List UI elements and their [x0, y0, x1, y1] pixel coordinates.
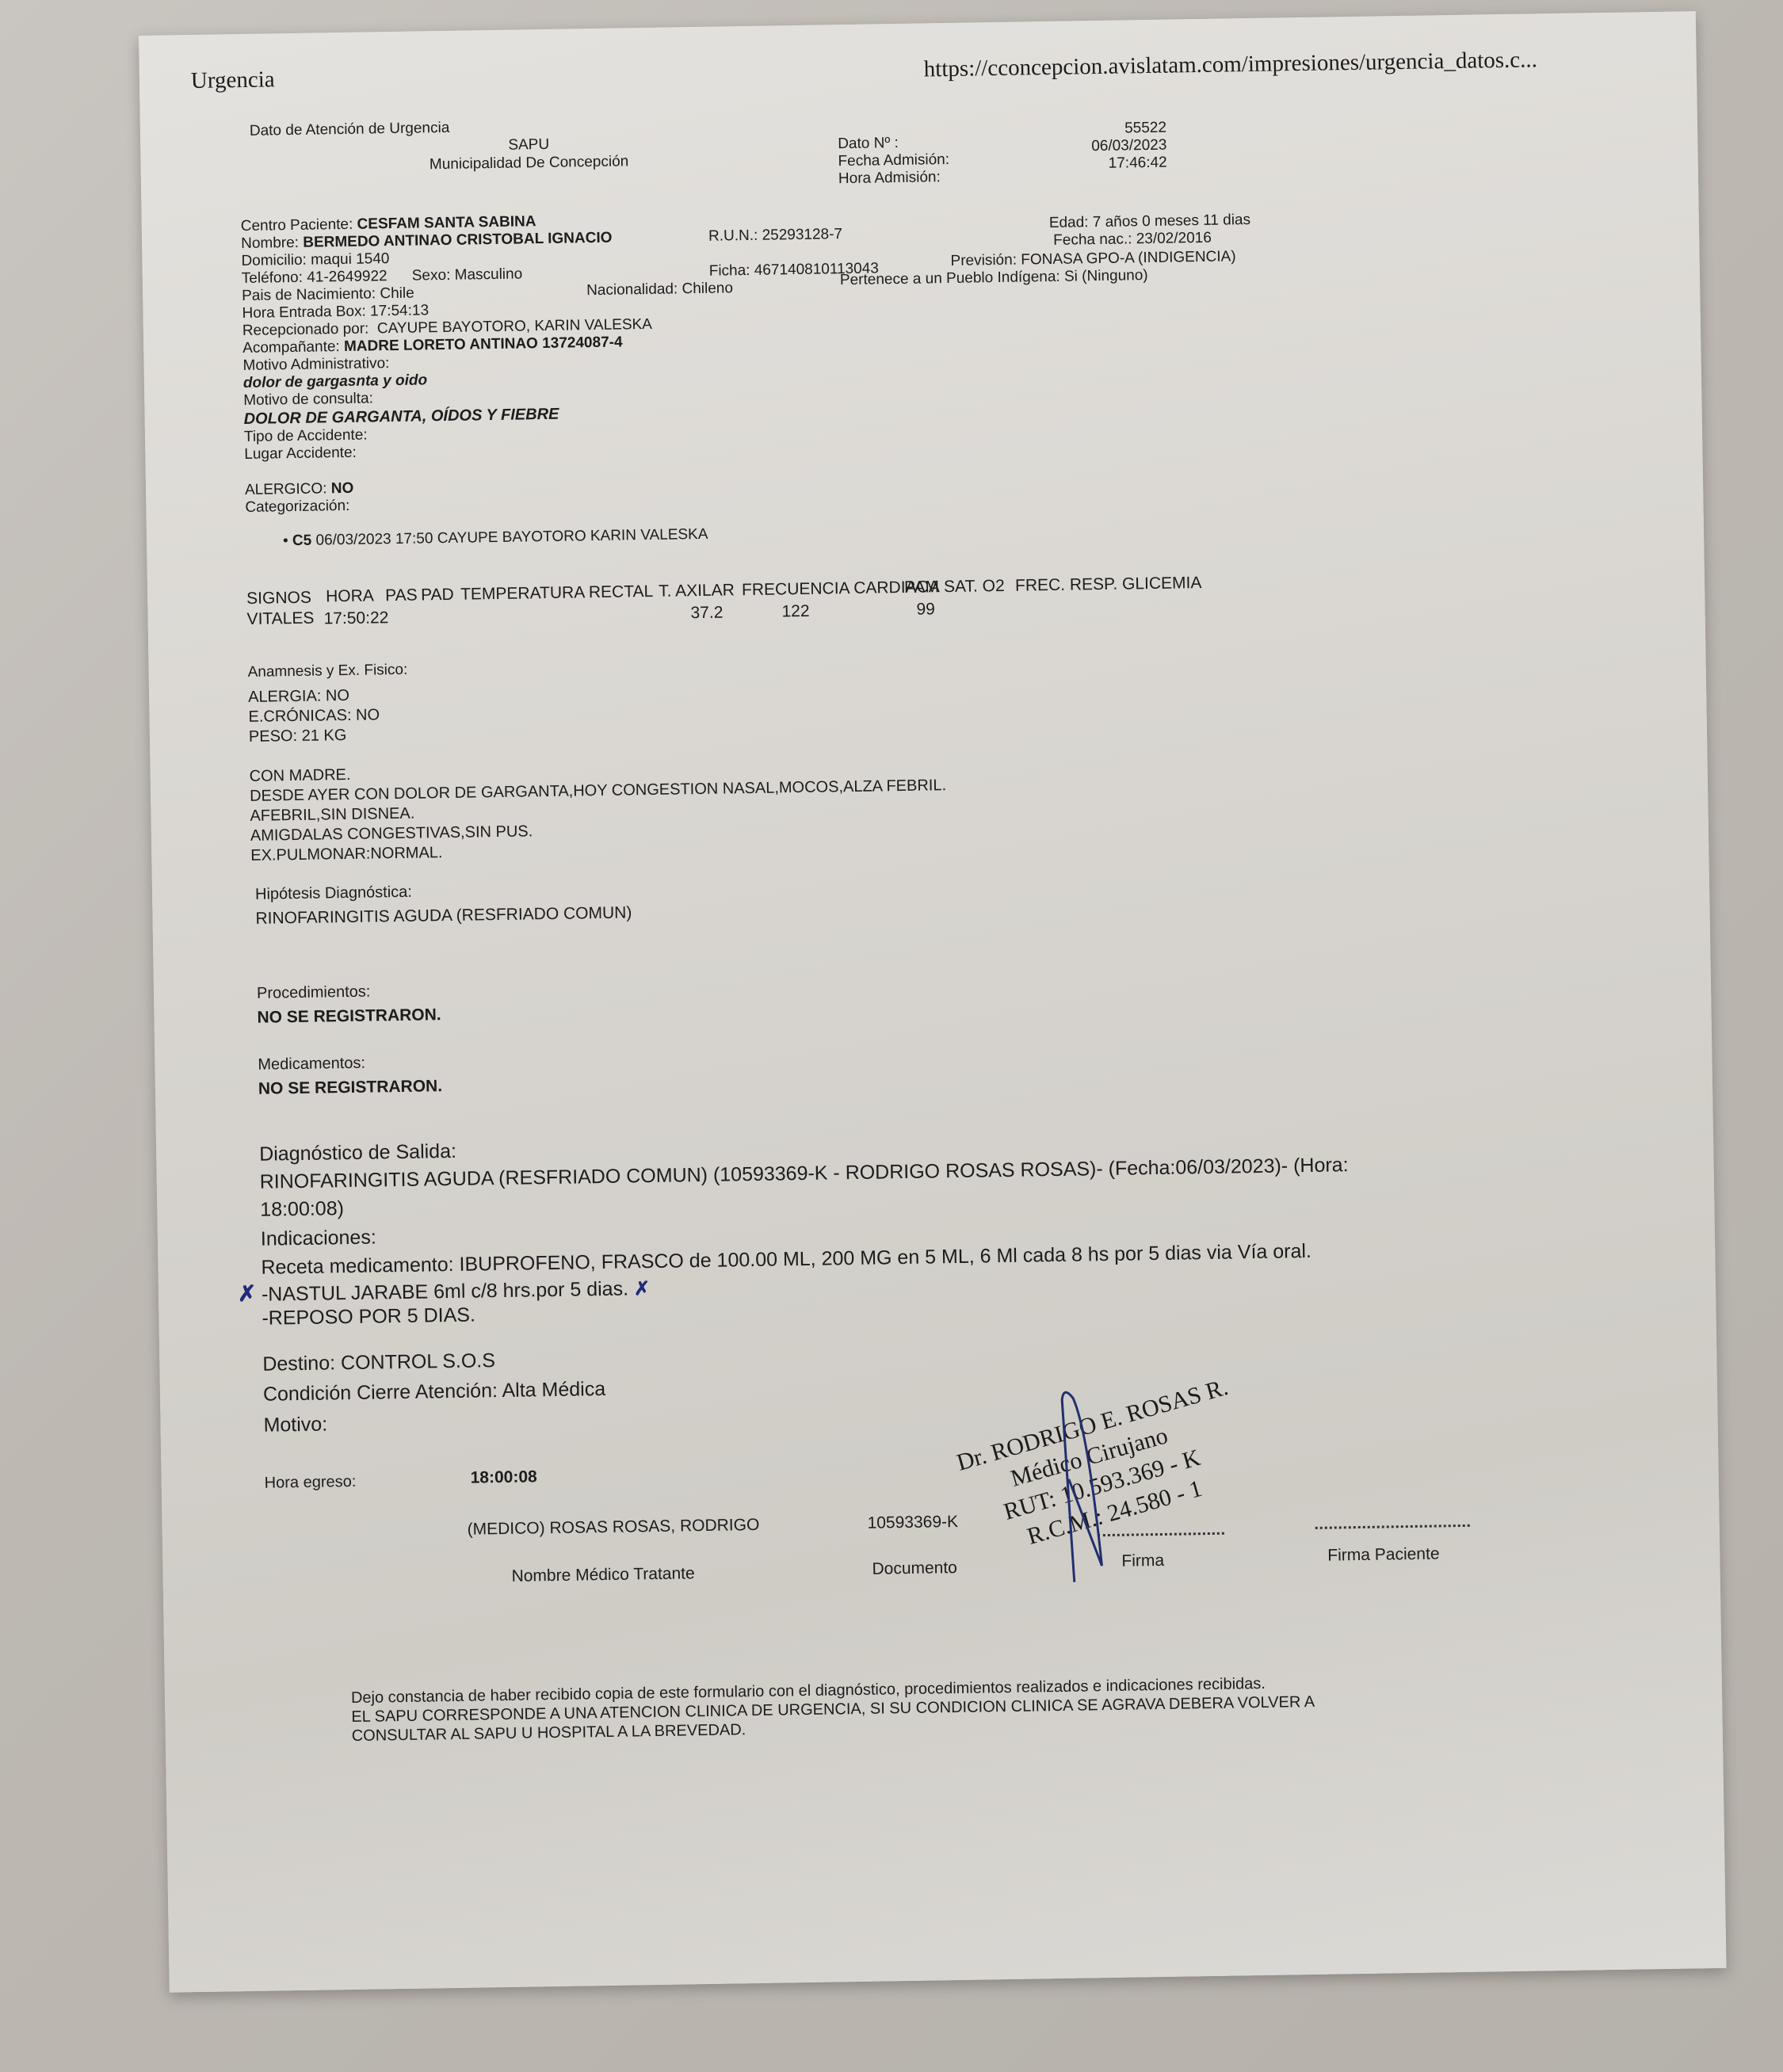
patient-run: R.U.N.: 25293128-7 [708, 226, 842, 246]
categorizacion-label: Categorización: [245, 498, 349, 517]
print-header-url: https://cconcepcion.avislatam.com/impres… [924, 47, 1538, 82]
vitals-header: TEMPERATURA RECTAL [460, 582, 653, 605]
patient-age: Edad: 7 años 0 meses 11 dias [1049, 212, 1251, 232]
hora-admision-label: Hora Admisión: [838, 169, 941, 188]
categorizacion-entry: • C5 06/03/2023 17:50 CAYUPE BAYOTORO KA… [283, 526, 708, 550]
medicamentos-label: Medicamentos: [258, 1055, 365, 1074]
vitals-value: 99 [916, 600, 935, 619]
motivo-admin-label: Motivo Administrativo: [242, 355, 389, 375]
handwritten-signature-icon [1056, 1383, 1154, 1590]
destino: Destino: CONTROL S.O.S [262, 1349, 495, 1376]
vitals-header: PAD [421, 586, 454, 605]
patient-sex: Sexo: Masculino [412, 265, 523, 284]
hora-admision-value: 17:46:42 [1013, 155, 1167, 174]
patient-address: Domicilio: maqui 1540 [241, 250, 389, 270]
indicacion-ibuprofeno: Receta medicamento: IBUPROFENO, FRASCO d… [261, 1240, 1311, 1280]
vitals-header: T. AXILAR [659, 581, 735, 601]
documento-caption: Documento [872, 1559, 957, 1579]
dato-value: 55522 [1012, 120, 1166, 139]
medico-name-caption: Nombre Médico Tratante [511, 1564, 694, 1586]
motivo-label: Motivo: [263, 1413, 327, 1437]
printed-form-page: Urgencia https://cconcepcion.avislatam.c… [139, 11, 1727, 1993]
vitals-header: GLICEMIA [1122, 574, 1202, 594]
hipotesis-label: Hipótesis Diagnóstica: [255, 883, 412, 904]
footer-disclaimer: Dejo constancia de haber recibido copia … [351, 1673, 1315, 1746]
vitals-header: SAT. O2 [944, 577, 1005, 597]
firma-paciente-line [1315, 1524, 1470, 1529]
fecha-admision-label: Fecha Admisión: [838, 151, 949, 170]
indicacion-nastul: -NASTUL JARABE 6ml c/8 hrs.por 5 dias. ✗ [262, 1277, 651, 1307]
medico-document: 10593369-K [867, 1513, 958, 1533]
anamnesis-label: Anamnesis y Ex. Fisico: [247, 662, 407, 681]
vitals-value: 37.2 [690, 604, 723, 624]
vitals-value: 17:50:22 [323, 609, 388, 628]
firma-paciente-caption: Firma Paciente [1327, 1544, 1440, 1565]
hipotesis-value: RINOFARINGITIS AGUDA (RESFRIADO COMUN) [255, 903, 632, 928]
motivo-consulta-value: DOLOR DE GARGANTA, OÍDOS Y FIEBRE [243, 406, 559, 429]
lugar-accidente-label: Lugar Accidente: [244, 445, 357, 464]
patient-phone: Teléfono: 41-2649922 [242, 268, 388, 288]
print-header-title: Urgencia [191, 67, 275, 94]
indicaciones-label: Indicaciones: [261, 1226, 376, 1250]
patient-prevision: Previsión: FONASA GPO-A (INDIGENCIA) [950, 248, 1235, 270]
patient-birthdate: Fecha nac.: 23/02/2016 [1053, 230, 1212, 250]
procedimientos-label: Procedimientos: [257, 983, 371, 1003]
vitals-header: FREC. RESP. [1015, 575, 1118, 596]
form-heading: Dato de Atención de Urgencia [250, 120, 450, 140]
condicion-cierre: Condición Cierre Atención: Alta Médica [263, 1378, 606, 1406]
tipo-accidente-label: Tipo de Accidente: [244, 427, 368, 446]
diagnostico-salida-line2: 18:00:08) [260, 1197, 344, 1222]
hora-egreso-value: 18:00:08 [470, 1467, 536, 1487]
dato-label: Dato Nº : [838, 135, 899, 153]
vitals-header: PAM [904, 578, 939, 597]
alergico: ALERGICO: NO [245, 480, 354, 499]
medico-name: (MEDICO) ROSAS ROSAS, RODRIGO [467, 1516, 759, 1540]
motivo-consulta-label: Motivo de consulta: [243, 390, 373, 410]
vital-signs-table: HORA17:50:22PASPADTEMPERATURA RECTALT. A… [139, 11, 1696, 36]
fecha-admision-value: 06/03/2023 [1012, 137, 1166, 157]
vitals-value: 122 [781, 602, 809, 622]
pen-mark-left-icon: ✗ [238, 1280, 257, 1307]
anamnesis-text: ALERGIA: NOE.CRÓNICAS: NOPESO: 21 KG CON… [248, 677, 948, 866]
diagnostico-salida-label: Diagnóstico de Salida: [259, 1140, 456, 1166]
patient-indigenous: Pertenece a un Pueblo Indígena: Si (Ning… [840, 267, 1148, 289]
vitals-header: PAS [385, 586, 418, 606]
patient-nationality: Nacionalidad: Chileno [586, 280, 733, 300]
pen-mark-right-icon: ✗ [634, 1278, 651, 1299]
vitals-header: HORA [326, 586, 374, 606]
motivo-admin-value: dolor de gargasnta y oido [243, 372, 428, 392]
procedimientos-value: NO SE REGISTRARON. [257, 1005, 441, 1028]
medicamentos-value: NO SE REGISTRARON. [258, 1077, 443, 1099]
vitals-row-label: SIGNOS VITALES [246, 588, 315, 630]
indicacion-reposo: -REPOSO POR 5 DIAS. [262, 1304, 475, 1330]
hora-egreso-label: Hora egreso: [265, 1473, 357, 1493]
